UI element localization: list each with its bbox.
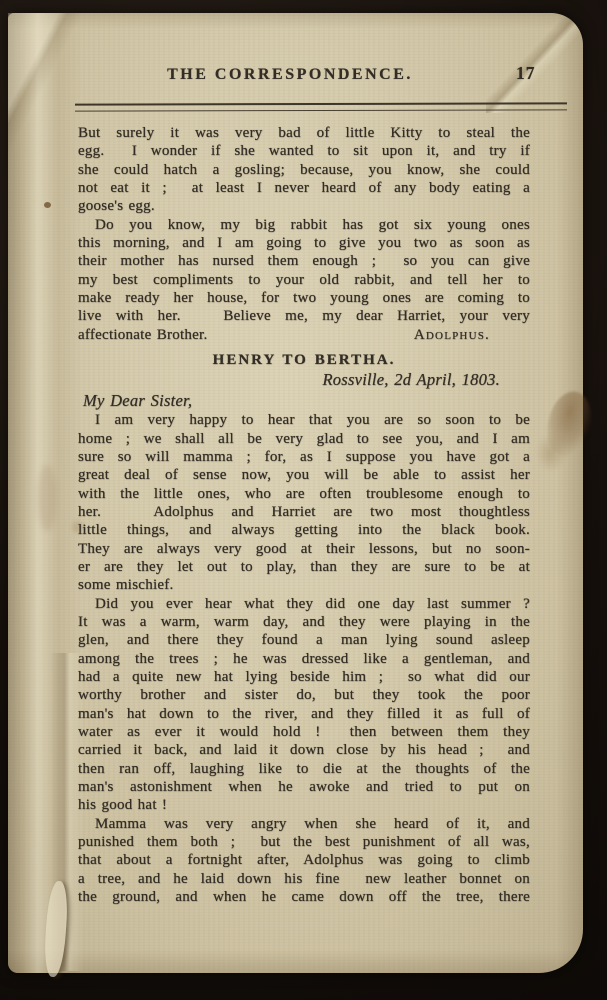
text-line: egg. I wonder if she wanted to sit upon … (78, 142, 530, 160)
text-line: It was a warm, warm day, and they were p… (78, 613, 530, 631)
letter-salutation: My Dear Sister, (78, 392, 530, 410)
text-line: that about a fortnight after, Adolphus w… (78, 851, 530, 869)
text-line: sure so will mamma ; for, as I suppose y… (78, 448, 530, 466)
para-block: Did you ever hear what they did one day … (78, 595, 530, 815)
text-line: man's hat down to the river, and they fi… (78, 705, 530, 723)
ink-speck (44, 202, 51, 208)
signature-closing: affectionate Brother. (78, 326, 207, 344)
text-line: Did you ever hear what they did one day … (78, 595, 530, 613)
text-line: live with her. Believe me, my dear Harri… (78, 307, 530, 325)
text-line: with the little ones, who are often trou… (78, 485, 530, 503)
text-line: among the trees ; he was dressed like a … (78, 650, 530, 668)
text-line: the ground, and when he came down off th… (78, 888, 530, 906)
text-line: I am very happy to hear that you are so … (78, 411, 530, 429)
stain (536, 433, 566, 473)
page-text: But surely it was very bad of little Kit… (78, 124, 530, 906)
running-header: THE CORRESPONDENCE. (70, 66, 510, 84)
stain (38, 465, 56, 531)
text-line: But surely it was very bad of little Kit… (78, 124, 530, 142)
text-line: home ; we shall all be very glad to see … (78, 430, 530, 448)
text-line: little things, and always getting into t… (78, 521, 530, 539)
text-line: her. Adolphus and Harriet are two most t… (78, 503, 530, 521)
text-line: glen, and there they found a man lying s… (78, 631, 530, 649)
signature-name: Adolphus. (414, 326, 490, 344)
para-block: Do you know, my big rabbit has got six y… (78, 216, 530, 326)
text-line: she could hatch a gosling; because, you … (78, 161, 530, 179)
text-line: their mother has nursed them enough ; so… (78, 252, 530, 270)
page-number: 17 (516, 63, 564, 84)
text-line: goose's egg. (78, 197, 530, 215)
text-line: then ran off, laughing like to die at th… (78, 760, 530, 778)
text-line: great deal of sense now, you will be abl… (78, 466, 530, 484)
stain (541, 387, 598, 461)
signature-block: affectionate Brother.Adolphus. (78, 326, 530, 344)
para-block: I am very happy to hear that you are so … (78, 411, 530, 594)
text-line: make ready her house, for two young ones… (78, 289, 530, 307)
text-line: some mischief. (78, 576, 530, 594)
text-line: They are always very good at their lesso… (78, 540, 530, 558)
book-page-photo: THE CORRESPONDENCE. 17 But surely it was… (0, 0, 607, 1000)
text-line: his good hat ! (78, 796, 530, 814)
text-line: had a quite new hat lying beside him ; s… (78, 668, 530, 686)
book-page: THE CORRESPONDENCE. 17 But surely it was… (8, 13, 583, 973)
text-line: a tree, and he laid down his fine new le… (78, 870, 530, 888)
text-line: er are they let out to play, than they a… (78, 558, 530, 576)
page-tear-bottom-left (43, 880, 70, 977)
text-line: not eat it ; at least I never heard of a… (78, 179, 530, 197)
text-line: man's astonishment when he awoke and tri… (78, 778, 530, 796)
letter-heading: HENRY TO BERTHA. (78, 351, 530, 369)
para-block: But surely it was very bad of little Kit… (78, 124, 530, 216)
text-line: water as ever it would hold ! then betwe… (78, 723, 530, 741)
text-line: this morning, and I am going to give you… (78, 234, 530, 252)
text-line: punished them both ; but the best punish… (78, 833, 530, 851)
text-line: Do you know, my big rabbit has got six y… (78, 216, 530, 234)
header-double-rule (75, 102, 567, 111)
text-line: my best compliments to your old rabbit, … (78, 271, 530, 289)
text-line: Mamma was very angry when she heard of i… (78, 815, 530, 833)
text-line: carried it back, and laid it down close … (78, 741, 530, 759)
letter-dateline: Rossville, 2d April, 1803. (78, 371, 530, 389)
text-line: worthy brother and sister do, but they t… (78, 686, 530, 704)
para-block: Mamma was very angry when she heard of i… (78, 815, 530, 907)
